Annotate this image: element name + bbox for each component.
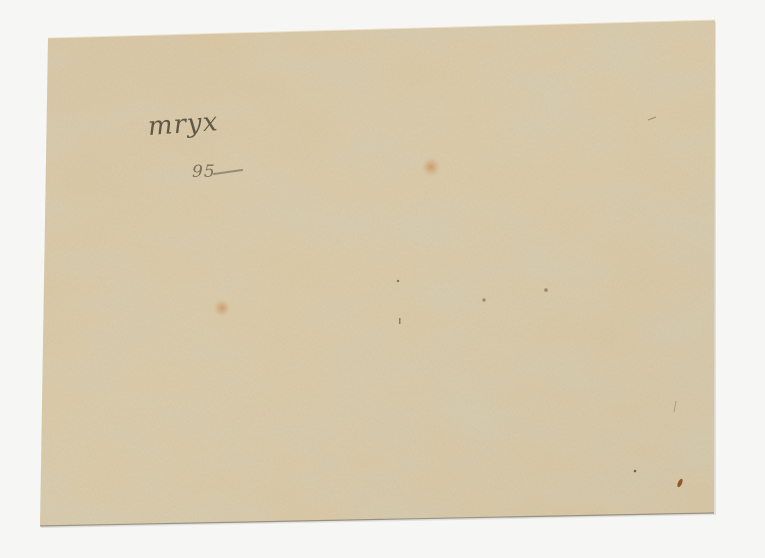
speck	[482, 298, 485, 301]
scan-background: mryx 95	[0, 0, 765, 558]
paper-grain	[40, 20, 715, 526]
handwritten-word: mryx	[147, 107, 219, 142]
speck	[544, 288, 548, 292]
handwritten-number: 95	[192, 162, 216, 182]
speck	[399, 318, 401, 324]
stain-spot	[421, 157, 441, 177]
paper-sheet	[0, 0, 765, 558]
stain-spot	[213, 299, 231, 317]
speck	[634, 470, 637, 473]
speck	[397, 280, 399, 282]
